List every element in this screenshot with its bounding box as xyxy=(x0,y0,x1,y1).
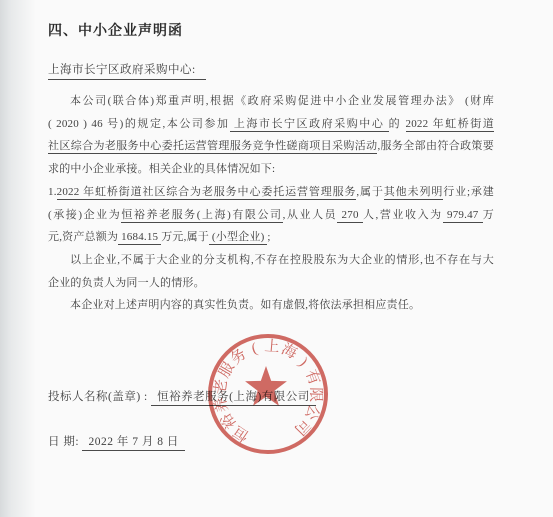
text-segment: 企业的负责人为同一人的情形。 xyxy=(48,277,205,289)
text-segment: 求的中小企业承接。相关企业的具体情况如下: xyxy=(48,163,275,175)
bidder-label: 投标人名称(盖章) : xyxy=(48,391,151,403)
seal-char: 上 xyxy=(264,338,280,356)
filled-blank: 社区综合为老服务中心委托运营管理服务竞争性磋商项目采购活动 xyxy=(48,140,377,154)
text-segment: ,属于 xyxy=(356,186,383,198)
company-seal-stamp: 恒裕养老服务(上海)有限公司 xyxy=(198,324,338,464)
seal-char: ) xyxy=(295,355,310,369)
filled-blank: 270 xyxy=(337,209,363,223)
filled-blank: 1684.15 xyxy=(118,231,161,245)
text-line: 企业的负责人为同一人的情形。 xyxy=(48,276,494,298)
seal-char: ( xyxy=(250,341,259,358)
text-segment: 本企业对上述声明内容的真实性负责。如有虚假,将依法承担相应责任。 xyxy=(70,299,420,311)
text-segment: 本公司(联合体)郑重声明,根据《政府采购促进中小企业发展管理办法》 (财库 xyxy=(70,95,494,107)
filled-blank: 恒裕养老服务(上海)有限公司 xyxy=(121,209,282,223)
text-line: 社区综合为老服务中心委托运营管理服务竞争性磋商项目采购活动,服务全部由符合政策要 xyxy=(48,139,494,161)
text-line: 求的中小企业承接。相关企业的具体情况如下: xyxy=(48,162,494,184)
seal-char: 限 xyxy=(307,387,324,402)
scan-shadow-edge xyxy=(0,0,36,517)
filled-blank: 979.47 xyxy=(443,209,483,223)
seal-char: 老 xyxy=(211,378,231,396)
text-segment: 元,资产总额为 xyxy=(48,231,118,243)
seal-char: 养 xyxy=(212,395,232,413)
text-segment: 以上企业,不属于大企业的分支机构,不存在控股股东为大企业的情形,也不存在与大 xyxy=(70,254,494,266)
text-segment: 人,营业收入为 xyxy=(363,209,443,221)
text-segment: ,从业人员 xyxy=(283,209,338,221)
addressee-line: 上海市长宁区政府采购中心: xyxy=(48,61,206,80)
text-segment: ,服务全部由符合政策要 xyxy=(377,140,494,152)
document-page: 四、中小企业声明函 上海市长宁区政府采购中心: 本公司(联合体)郑重声明,根据《… xyxy=(0,0,553,517)
text-segment: 万 xyxy=(483,209,494,221)
document-title: 四、中小企业声明函 xyxy=(48,20,183,40)
filled-blank: (小型企业) xyxy=(209,231,267,245)
date-value-filled: 2022 年 7 月 8 日 xyxy=(82,436,184,451)
text-line: 以上企业,不属于大企业的分支机构,不存在控股股东为大企业的情形,也不存在与大 xyxy=(48,253,494,275)
text-line: 本公司(联合体)郑重声明,根据《政府采购促进中小企业发展管理办法》 (财库 xyxy=(48,94,494,116)
seal-star-icon xyxy=(245,366,287,406)
text-segment: 的 xyxy=(389,118,406,130)
text-segment: 行业;承建 xyxy=(443,186,494,198)
date-row: 日 期: 2022 年 7 月 8 日 xyxy=(48,433,185,449)
text-segment: 1. xyxy=(48,186,57,198)
text-line: (承接)企业为恒裕养老服务(上海)有限公司,从业人员 270 人,营业收入为 9… xyxy=(48,208,494,230)
text-segment: (承接)企业为 xyxy=(48,209,121,221)
text-line: 1.2022 年虹桥街道社区综合为老服务中心委托运营管理服务,属于其他未列明行业… xyxy=(48,185,494,207)
date-label: 日 期: xyxy=(48,436,82,448)
filled-blank: 其他未列明 xyxy=(384,186,443,200)
filled-blank: 2022 年虹桥街道 xyxy=(406,118,494,132)
filled-blank: 2022 年虹桥街道社区综合为老服务中心委托运营管理服务 xyxy=(57,186,357,200)
text-segment: 万元,属于 xyxy=(161,231,209,243)
text-segment: ; xyxy=(267,231,270,243)
text-segment: ( 2020 ) 46 号)的规定,本公司参加 xyxy=(48,118,230,130)
text-line: ( 2020 ) 46 号)的规定,本公司参加 上海市长宁区政府采购中心 的 2… xyxy=(48,117,494,139)
text-line: 本企业对上述声明内容的真实性负责。如有虚假,将依法承担相应责任。 xyxy=(48,298,494,320)
text-line: 元,资产总额为 1684.15 万元,属于 (小型企业) ; xyxy=(48,230,494,252)
filled-blank: 上海市长宁区政府采购中心 xyxy=(230,118,389,132)
